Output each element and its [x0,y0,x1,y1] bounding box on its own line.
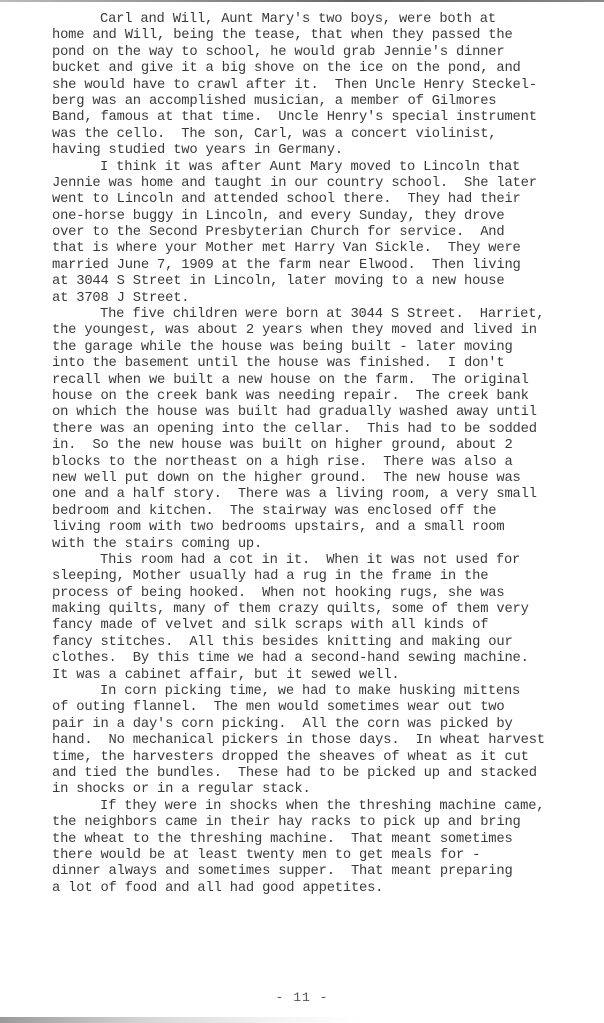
text-line: clothes. By this time we had a second-ha… [52,651,604,667]
text-line: bedroom and kitchen. The stairway was en… [52,504,604,520]
text-line: into the basement until the house was fi… [52,356,604,372]
text-line: there would be at least twenty men to ge… [52,848,604,864]
text-line: of outing flannel. The men would sometim… [52,700,604,716]
text-line: a lot of food and all had good appetites… [52,881,604,897]
text-line: fancy made of velvet and silk scraps wit… [52,618,604,634]
text-line: blocks to the northeast on a high rise. … [52,455,604,471]
paragraph-first-line: If they were in shocks when the threshin… [52,799,604,815]
text-line: the wheat to the threshing machine. That… [52,832,604,848]
text-line: married June 7, 1909 at the farm near El… [52,258,604,274]
text-line: with the stairs coming up. [52,537,604,553]
page-number: - 11 - [0,990,604,1005]
text-line: home and Will, being the tease, that whe… [52,28,604,44]
text-line: fancy stitches. All this besides knittin… [52,635,604,651]
text-line: one and a half story. There was a living… [52,487,604,503]
text-line: It was a cabinet affair, but it sewed we… [52,668,604,684]
text-line: at 3044 S Street in Lincoln, later movin… [52,274,604,290]
text-line: Band, famous at that time. Uncle Henry's… [52,110,604,126]
text-line: went to Lincoln and attended school ther… [52,192,604,208]
text-line: the garage while the house was being bui… [52,340,604,356]
scan-bottom-shadow [0,1017,604,1023]
text-line: berg was an accomplished musician, a mem… [52,94,604,110]
text-line: the neighbors came in their hay racks to… [52,815,604,831]
text-line: at 3708 J Street. [52,291,604,307]
paragraph-first-line: I think it was after Aunt Mary moved to … [52,160,604,176]
text-line: she would have to crawl after it. Then U… [52,78,604,94]
text-line: making quilts, many of them crazy quilts… [52,602,604,618]
text-line: living room with two bedrooms upstairs, … [52,520,604,536]
text-line: and tied the bundles. These had to be pi… [52,766,604,782]
text-line: pair in a day's corn picking. All the co… [52,717,604,733]
text-line: bucket and give it a big shove on the ic… [52,61,604,77]
paragraph-first-line: The five children were born at 3044 S St… [52,307,604,323]
text-line: new well put down on the higher ground. … [52,471,604,487]
text-line: the youngest, was about 2 years when the… [52,323,604,339]
text-line: was the cello. The son, Carl, was a conc… [52,127,604,143]
text-line: dinner always and sometimes supper. That… [52,864,604,880]
text-line: sleeping, Mother usually had a rug in th… [52,569,604,585]
text-line: that is where your Mother met Harry Van … [52,241,604,257]
document-body: Carl and Will, Aunt Mary's two boys, wer… [52,12,604,897]
text-line: recall when we built a new house on the … [52,373,604,389]
text-line: having studied two years in Germany. [52,143,604,159]
text-line: one-horse buggy in Lincoln, and every Su… [52,209,604,225]
text-line: Jennie was home and taught in our countr… [52,176,604,192]
text-line: time, the harvesters dropped the sheaves… [52,750,604,766]
text-line: there was an opening into the cellar. Th… [52,422,604,438]
scan-top-edge [0,0,604,2]
text-line: in shocks or in a regular stack. [52,782,604,798]
paragraph-first-line: Carl and Will, Aunt Mary's two boys, wer… [52,12,604,28]
text-line: in. So the new house was built on higher… [52,438,604,454]
paragraph-first-line: This room had a cot in it. When it was n… [52,553,604,569]
text-line: process of being hooked. When not hookin… [52,586,604,602]
text-line: pond on the way to school, he would grab… [52,45,604,61]
text-line: hand. No mechanical pickers in those day… [52,733,604,749]
text-line: over to the Second Presbyterian Church f… [52,225,604,241]
paragraph-first-line: In corn picking time, we had to make hus… [52,684,604,700]
text-line: on which the house was built had gradual… [52,405,604,421]
text-line: house on the creek bank was needing repa… [52,389,604,405]
